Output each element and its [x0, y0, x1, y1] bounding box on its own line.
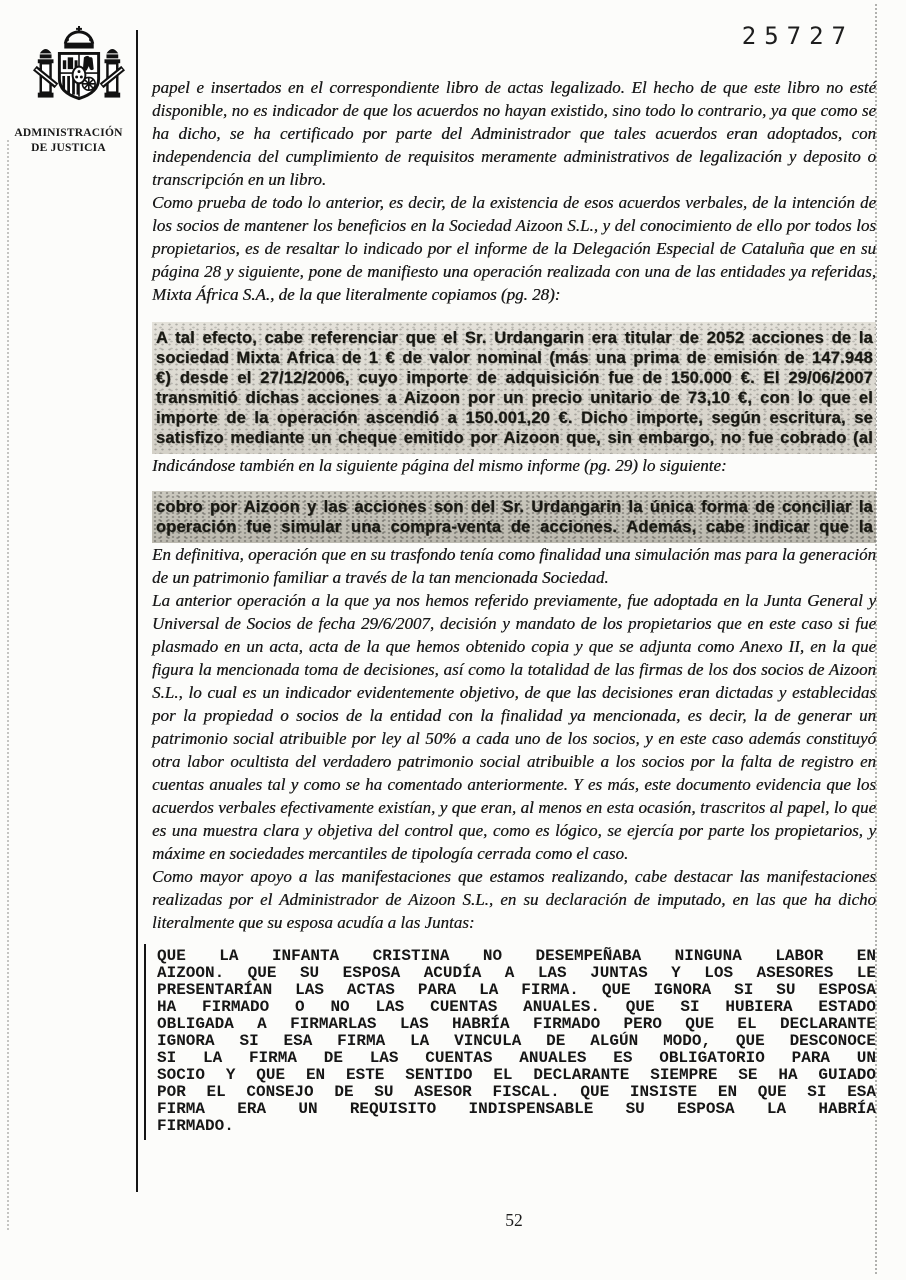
quote-informe-pg29: cobro por Aizoon y las acciones son del …	[152, 491, 876, 543]
page-stamp: 25727	[742, 22, 854, 50]
quote-line: satisfizo mediante un cheque emitido por…	[156, 428, 873, 448]
declaration-line: QUE LA INFANTA CRISTINA NO DESEMPEÑABA N…	[157, 948, 876, 965]
administracion-de-justicia-caption: ADMINISTRACIÓN DE JUSTICIA	[0, 126, 137, 156]
declaration-line: IGNORA SI ESA FIRMA LA VINCULA DE ALGÚN …	[157, 1033, 876, 1050]
quote-line: cobro por Aizoon y las acciones son del …	[156, 497, 873, 517]
paragraph-libro-actas: papel e insertados en el correspondiente…	[152, 76, 876, 191]
document-body: papel e insertados en el correspondiente…	[152, 76, 876, 1140]
declaration-line: PRESENTARÍAN LAS ACTAS PARA LA FIRMA. QU…	[157, 982, 876, 999]
declaration-line: OBLIGADA A FIRMARLAS LAS HABRÍA FIRMADO …	[157, 1016, 876, 1033]
binding-edge-artifact	[7, 140, 9, 1230]
quote-informe-pg28: A tal efecto, cabe referenciar que el Sr…	[152, 322, 876, 454]
quote-line: importe de la operación ascendió a 150.0…	[156, 408, 873, 428]
declaration-line: FIRMA ERA UN REQUISITO INDISPENSABLE SU …	[157, 1101, 876, 1118]
quote-line: €) desde el 27/12/2006, cuyo importe de …	[156, 368, 873, 388]
declaration-line: SI LA FIRMA DE LAS CUENTAS ANUALES ES OB…	[157, 1050, 876, 1067]
margin-divider-line	[136, 30, 138, 1192]
document-page: ADMINISTRACIÓN DE JUSTICIA 25727 papel e…	[0, 0, 906, 1280]
caption-line-2: DE JUSTICIA	[0, 141, 137, 156]
quote-line: A tal efecto, cabe referenciar que el Sr…	[156, 328, 873, 348]
caption-line-1: ADMINISTRACIÓN	[0, 126, 137, 141]
declaration-line: POR EL CONSEJO DE SU ASESOR FISCAL. QUE …	[157, 1084, 876, 1101]
paragraph-la-anterior: La anterior operación a la que ya nos he…	[152, 589, 876, 865]
paragraph-en-definitiva: En definitiva, operación que en su trasf…	[152, 543, 876, 589]
quote-line: operación fue simular una compra-venta d…	[156, 517, 873, 537]
declaration-line: HA FIRMADO O NO LAS CUENTAS ANUALES. QUE…	[157, 999, 876, 1016]
paragraph-como-mayor: Como mayor apoyo a las manifestaciones q…	[152, 865, 876, 934]
spain-coat-of-arms-icon	[30, 24, 128, 126]
declaration-line: AIZOON. QUE SU ESPOSA ACUDÍA A LAS JUNTA…	[157, 965, 876, 982]
page-number: 52	[152, 1210, 876, 1231]
lead-in-pg29: Indicándose también en la siguiente pági…	[152, 454, 876, 477]
declaration-line: FIRMADO.	[157, 1118, 876, 1135]
quote-line: sociedad Mixta Africa de 1 € de valor no…	[156, 348, 873, 368]
declaration-line: SOCIO Y QUE EN ESTE SENTIDO EL DECLARANT…	[157, 1067, 876, 1084]
quote-line: transmitió dichas acciones a Aizoon por …	[156, 388, 873, 408]
declaration-quote-block: QUE LA INFANTA CRISTINA NO DESEMPEÑABA N…	[144, 944, 876, 1140]
paragraph-como-prueba: Como prueba de todo lo anterior, es deci…	[152, 191, 876, 306]
